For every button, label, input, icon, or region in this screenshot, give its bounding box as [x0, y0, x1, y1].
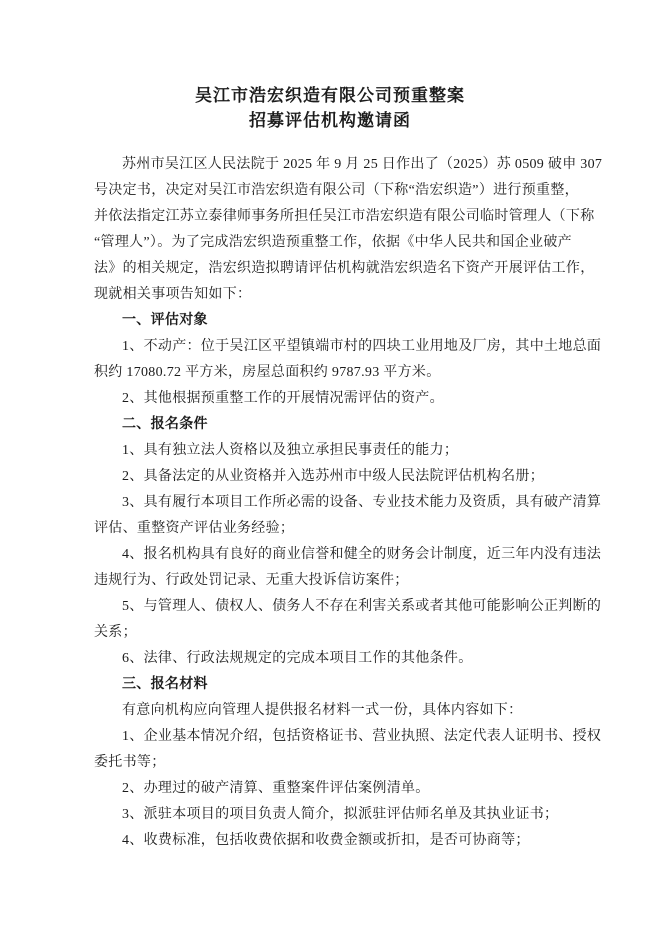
section-heading-registration-conditions: 二、报名条件	[94, 412, 568, 438]
doc-line: 有意向机构应向管理人提供报名材料一式一份，具体内容如下：	[94, 698, 568, 724]
doc-line: 并依法指定江苏立泰律师事务所担任吴江市浩宏织造有限公司临时管理人（下称	[94, 204, 568, 230]
doc-line: 4、报名机构具有良好的商业信誉和健全的财务会计制度，近三年内没有违法	[94, 542, 568, 568]
doc-line: 法》的相关规定，浩宏织造拟聘请评估机构就浩宏织造名下资产开展评估工作，	[94, 256, 568, 282]
section-heading-evaluation-targets: 一、评估对象	[94, 308, 568, 334]
doc-line: 2、其他根据预重整工作的开展情况需评估的资产。	[94, 386, 568, 412]
doc-subtitle: 招募评估机构邀请函	[0, 108, 660, 133]
doc-line: 关系；	[94, 620, 568, 646]
doc-line: 1、具有独立法人资格以及独立承担民事责任的能力；	[94, 438, 568, 464]
document-body: 苏州市吴江区人民法院于 2025 年 9 月 25 日作出了（2025）苏 05…	[94, 152, 568, 854]
document-title-block: 吴江市浩宏织造有限公司预重整案 招募评估机构邀请函	[0, 0, 660, 133]
doc-line: 5、与管理人、债权人、债务人不存在利害关系或者其他可能影响公正判断的	[94, 594, 568, 620]
doc-line: 委托书等；	[94, 750, 568, 776]
doc-line: 现就相关事项告知如下：	[94, 282, 568, 308]
doc-line: 3、具有履行本项目工作所必需的设备、专业技术能力及资质，具有破产清算	[94, 490, 568, 516]
doc-line: 2、办理过的破产清算、重整案件评估案例清单。	[94, 776, 568, 802]
doc-line: 6、法律、行政法规规定的完成本项目工作的其他条件。	[94, 646, 568, 672]
doc-line: 评估、重整资产评估业务经验；	[94, 516, 568, 542]
document-page: 吴江市浩宏织造有限公司预重整案 招募评估机构邀请函 苏州市吴江区人民法院于 20…	[0, 0, 660, 940]
doc-line: 3、派驻本项目的项目负责人简介，拟派驻评估师名单及其执业证书；	[94, 802, 568, 828]
doc-line: 1、不动产：位于吴江区平望镇端市村的四块工业用地及厂房，其中土地总面	[94, 334, 568, 360]
doc-line: 违规行为、行政处罚记录、无重大投诉信访案件；	[94, 568, 568, 594]
doc-line: 2、具备法定的从业资格并入选苏州市中级人民法院评估机构名册；	[94, 464, 568, 490]
doc-line: 号决定书，决定对吴江市浩宏织造有限公司（下称“浩宏织造”）进行预重整，	[94, 178, 568, 204]
doc-line: “管理人”）。为了完成浩宏织造预重整工作，依据《中华人民共和国企业破产	[94, 230, 568, 256]
doc-line: 4、收费标准，包括收费依据和收费金额或折扣，是否可协商等；	[94, 828, 568, 854]
section-heading-registration-materials: 三、报名材料	[94, 672, 568, 698]
doc-line: 1、企业基本情况介绍，包括资格证书、营业执照、法定代表人证明书、授权	[94, 724, 568, 750]
doc-title: 吴江市浩宏织造有限公司预重整案	[0, 83, 660, 108]
doc-line: 积约 17080.72 平方米，房屋总面积约 9787.93 平方米。	[94, 360, 568, 386]
doc-line: 苏州市吴江区人民法院于 2025 年 9 月 25 日作出了（2025）苏 05…	[94, 152, 568, 178]
